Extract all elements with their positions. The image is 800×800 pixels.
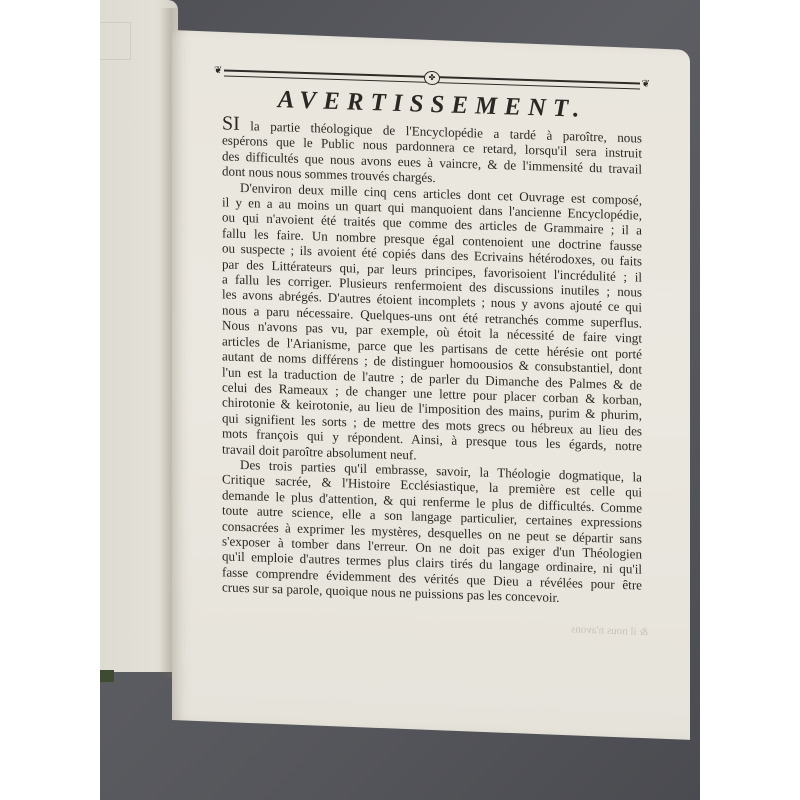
library-stamp: [100, 22, 131, 60]
fleuron-left-icon: ❦: [214, 65, 222, 77]
show-through-text: & il nous n'avons: [571, 623, 648, 638]
fleuron-right-icon: ❦: [642, 79, 650, 91]
book-spine: [100, 670, 114, 682]
paragraph-3: Des trois parties qu'il embrasse, savoir…: [222, 456, 642, 608]
right-page: ❦ ✤ ❦ AVERTISSEMENT. SI la partie théolo…: [172, 30, 690, 740]
drop-cap: SI: [222, 112, 240, 135]
paragraph-2: D'environ deux mille cinq cens articles …: [222, 179, 642, 470]
book-photo: ❦ ✤ ❦ AVERTISSEMENT. SI la partie théolo…: [100, 0, 700, 800]
page-text-block: ❦ ✤ ❦ AVERTISSEMENT. SI la partie théolo…: [222, 65, 642, 608]
fleuron-center-icon: ✤: [424, 71, 440, 86]
